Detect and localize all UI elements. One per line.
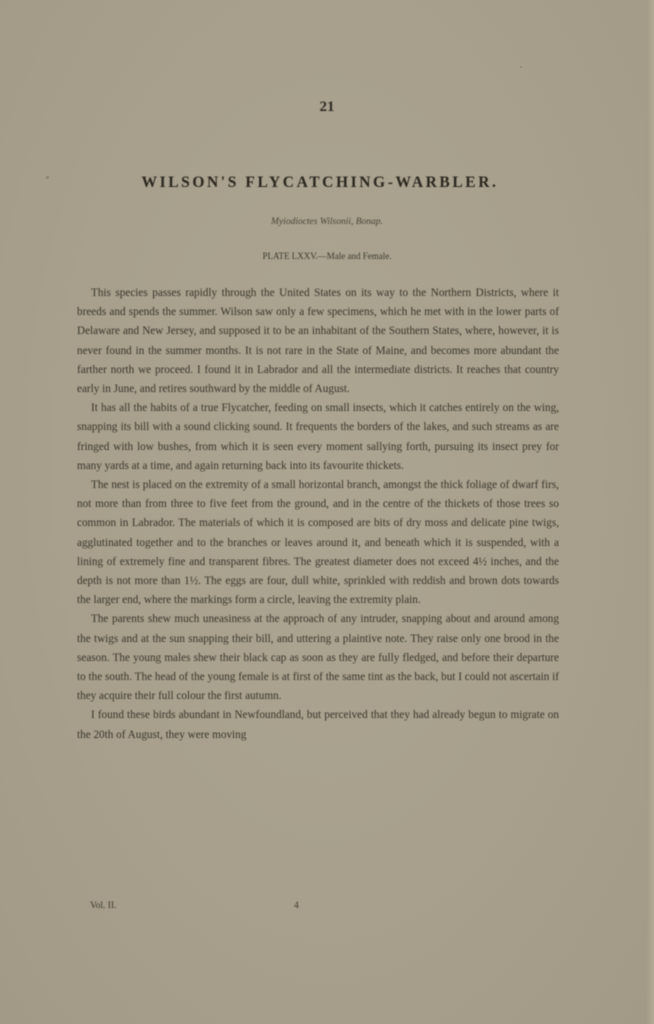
page-footer: Vol. II. 4 [0, 901, 654, 915]
paragraph: The nest is placed on the extremity of a… [77, 476, 559, 610]
body-text: This species passes rapidly through the … [77, 284, 559, 745]
latin-name: Myiodioctes Wilsonii, Bonap. [0, 217, 654, 227]
paragraph: I found these birds abundant in Newfound… [77, 706, 559, 744]
page-number: 21 [0, 99, 654, 116]
volume-signature: Vol. II. [90, 901, 116, 911]
paragraph: This species passes rapidly through the … [77, 284, 559, 399]
book-page: 21 WILSON'S FLYCATCHING-WARBLER. Myiodio… [0, 0, 654, 1024]
page-edge [646, 0, 654, 1024]
paragraph: It has all the habits of a true Flycatch… [77, 399, 559, 476]
plate-caption: PLATE LXXV.—Male and Female. [0, 251, 654, 261]
paper-blemish [520, 66, 522, 68]
chapter-title: WILSON'S FLYCATCHING-WARBLER. [100, 174, 540, 192]
paragraph: The parents shew much uneasiness at the … [77, 610, 559, 706]
signature-mark: 4 [294, 901, 299, 911]
paper-blemish [46, 176, 49, 179]
